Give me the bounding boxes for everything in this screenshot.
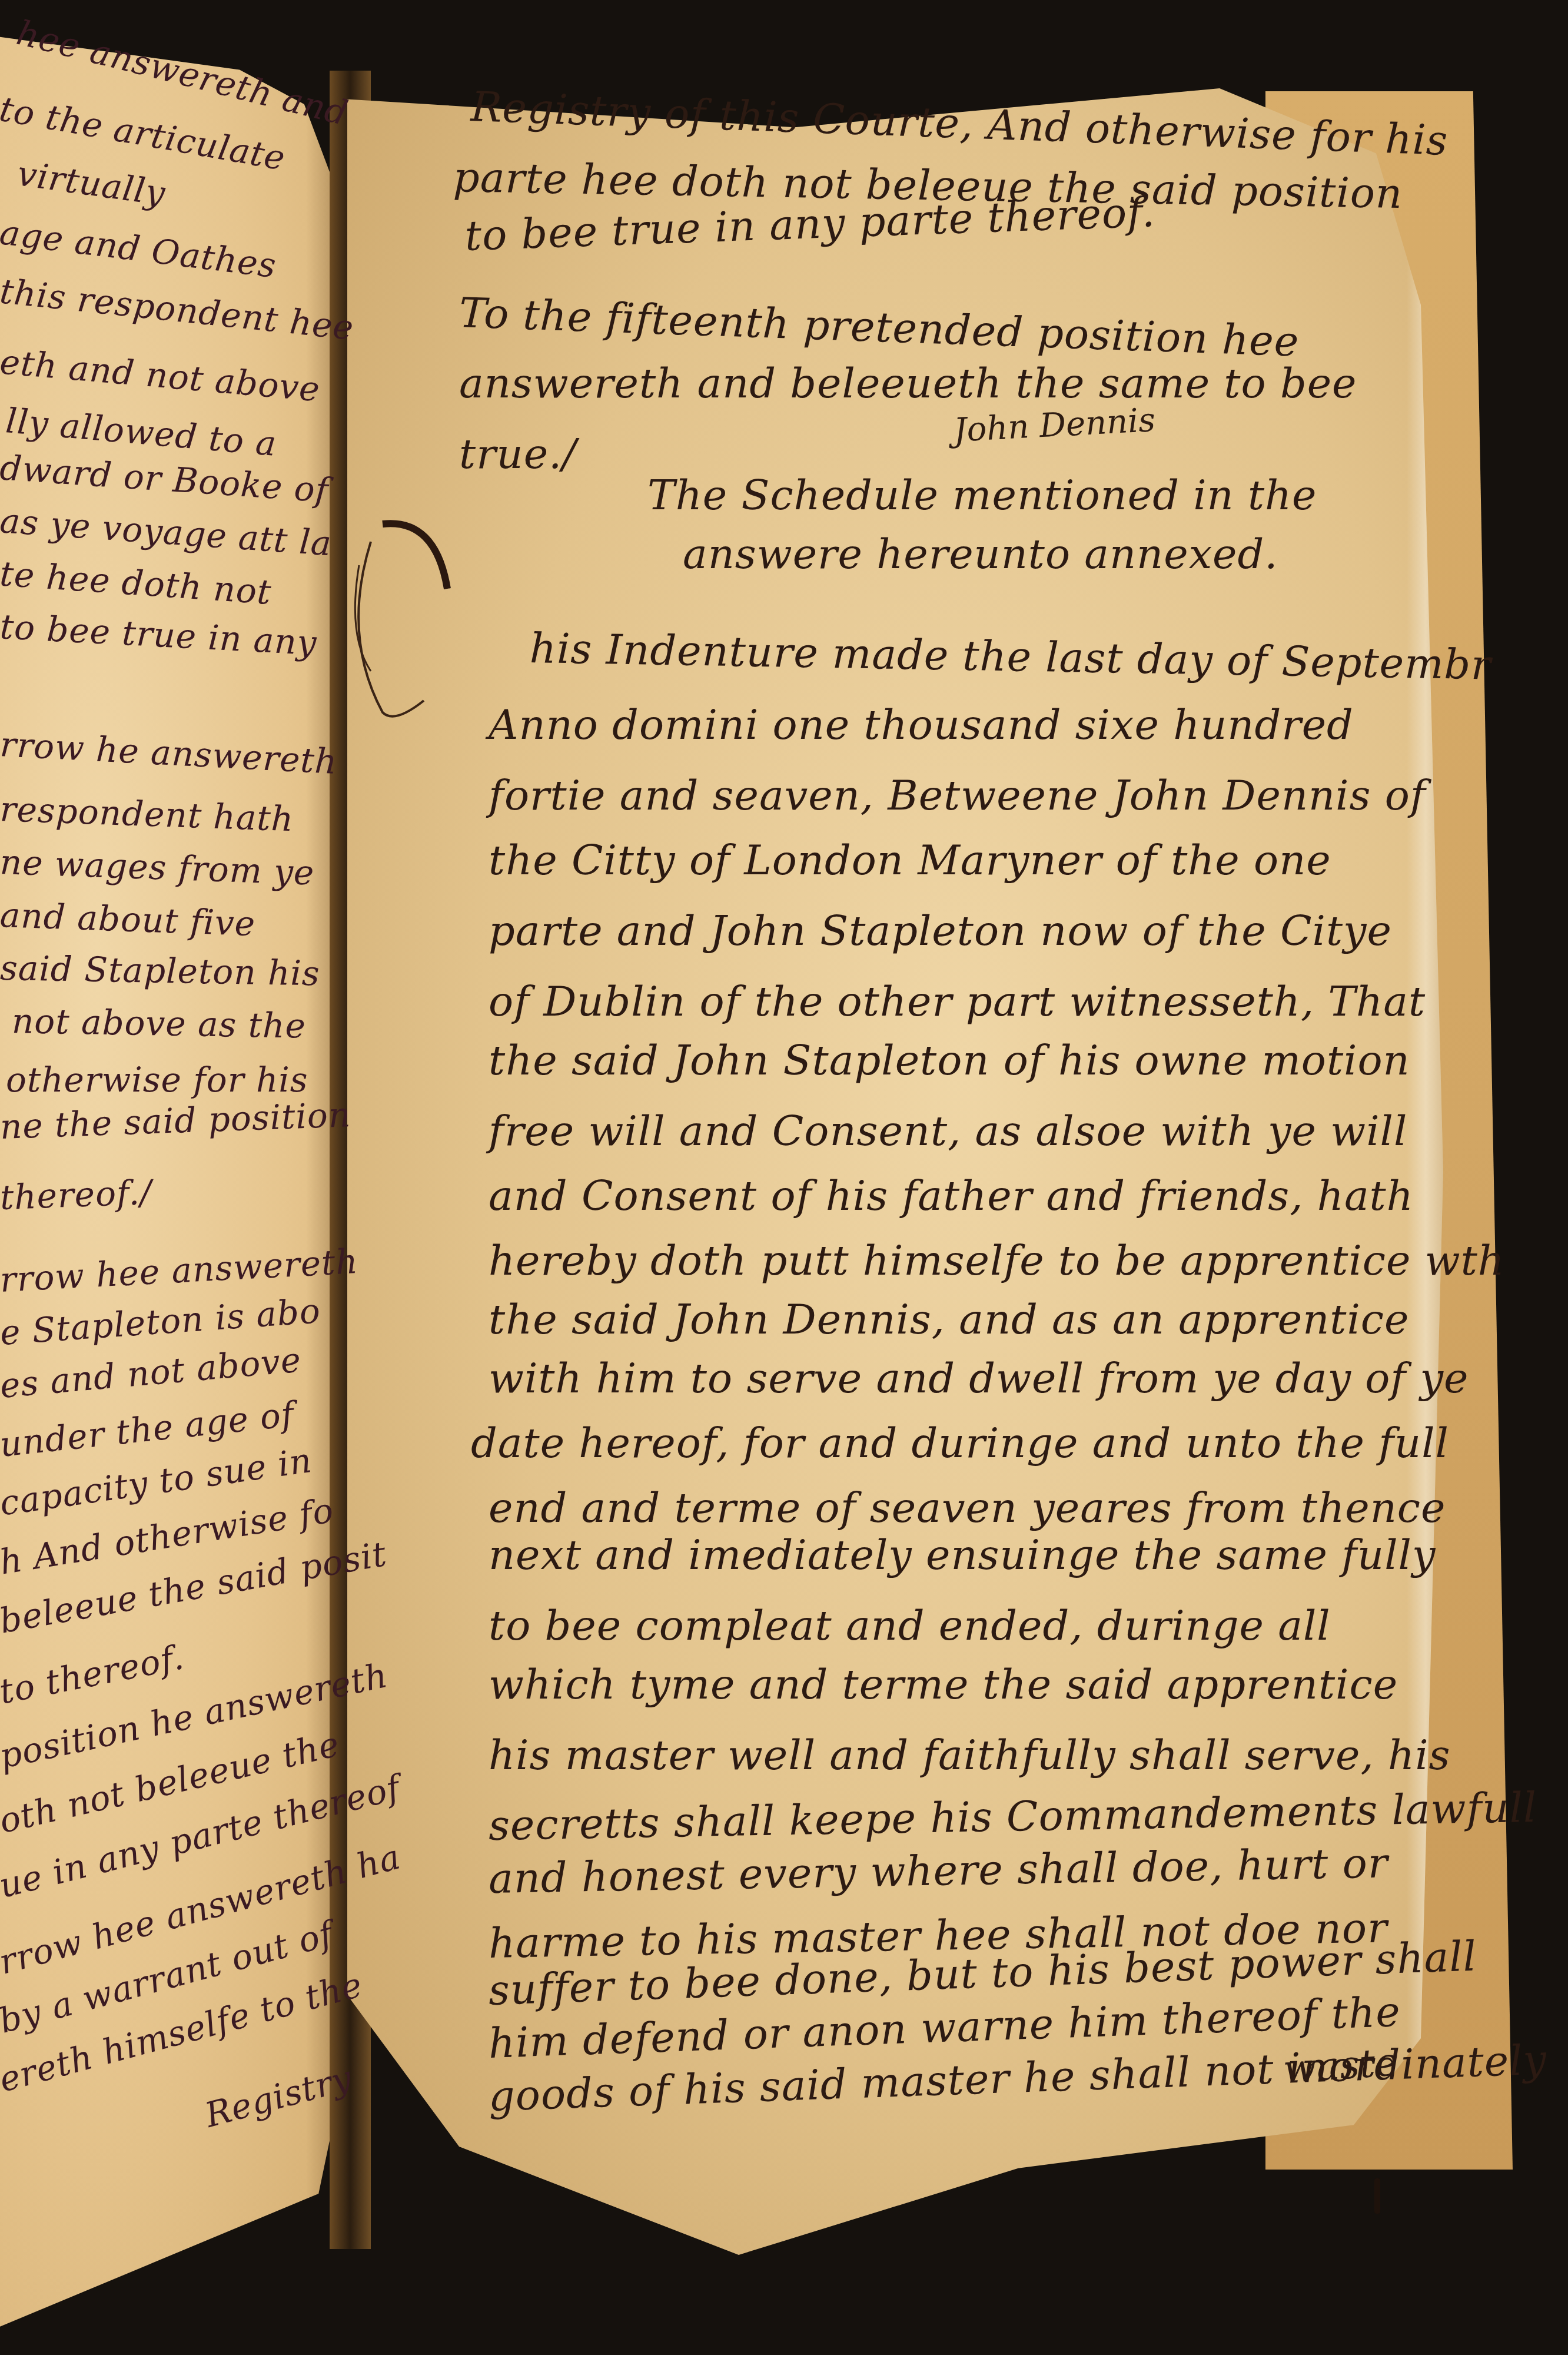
right-line: to bee compleat and ended, duringe all	[489, 1601, 1331, 1650]
right-line: hereby doth putt himselfe to be apprenti…	[489, 1236, 1505, 1285]
right-line: true./	[459, 430, 577, 478]
right-line: The Schedule mentioned in the	[647, 471, 1317, 519]
right-line: with him to serve and dwell from ye day …	[489, 1354, 1469, 1402]
catchword: waste	[1282, 2039, 1400, 2092]
right-line: end and terme of seaven yeares from then…	[489, 1484, 1446, 1532]
right-line: the said John Stapleton of his owne moti…	[489, 1036, 1410, 1084]
right-line: and Consent of his father and friends, h…	[489, 1172, 1414, 1220]
right-line: Anno domini one thousand sixe hundred	[489, 701, 1354, 749]
left-line: otherwise for his	[6, 1060, 308, 1100]
marginal-bracket-mark	[347, 518, 465, 754]
left-line: not above as the	[11, 1001, 306, 1046]
right-line: which tyme and terme the said apprentice	[489, 1660, 1398, 1709]
left-line: thereof./	[0, 1172, 152, 1218]
ink-mark	[1374, 2178, 1380, 2214]
right-line: answereth and beleeueth the same to bee	[459, 359, 1357, 407]
right-line: date hereof, for and duringe and unto th…	[471, 1419, 1449, 1467]
right-line: his master well and faithfully shall ser…	[489, 1731, 1450, 1779]
right-line: fortie and seaven, Betweene John Dennis …	[489, 771, 1426, 820]
right-line: parte and John Stapleton now of the City…	[489, 907, 1392, 955]
manuscript-photo: hee answereth and to the articulate virt…	[0, 0, 1568, 2355]
left-line: said Stapleton his	[0, 948, 320, 993]
right-line: free will and Consent, as alsoe with ye …	[489, 1107, 1407, 1155]
right-line: next and imediately ensuinge the same fu…	[489, 1531, 1436, 1579]
right-line: answere hereunto annexed.	[683, 530, 1278, 578]
right-line: the said John Dennis, and as an apprenti…	[489, 1295, 1409, 1344]
right-line: of Dublin of the other part witnesseth, …	[489, 977, 1426, 1026]
right-line: the Citty of London Maryner of the one	[489, 836, 1331, 884]
